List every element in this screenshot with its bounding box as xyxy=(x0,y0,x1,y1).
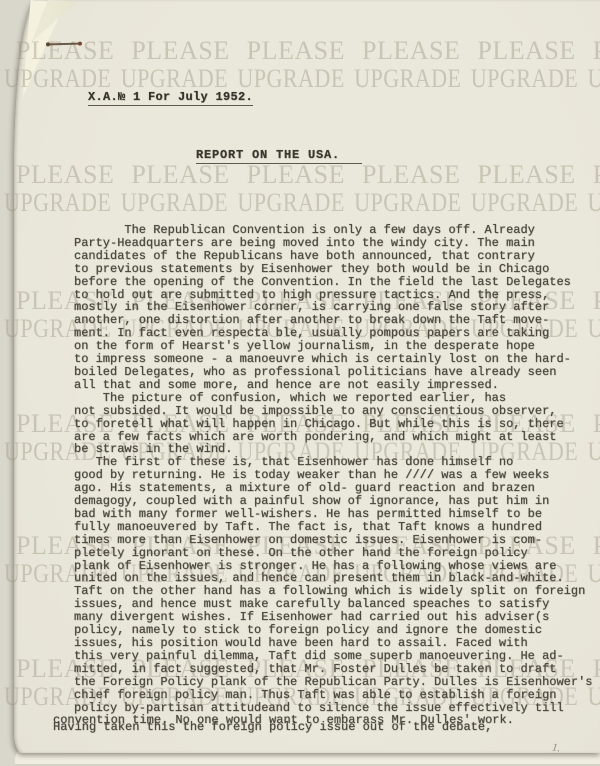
typed-line: times more than Eisenhower on domestic i… xyxy=(74,534,592,547)
typed-line: The Republican Convention is only a few … xyxy=(74,224,592,237)
page-title: REPORT ON THE USA. xyxy=(196,148,362,164)
typed-line: mitted, in fact suggested, that Mr. Fost… xyxy=(74,663,592,676)
typed-line: the Foreign Policy plank of the Republic… xyxy=(74,676,592,689)
staple-mark xyxy=(46,41,82,48)
typed-line: not subsided. It would be impossible to … xyxy=(74,405,592,418)
typed-line: fully manoeuvered by Taft. The fact is, … xyxy=(74,521,592,534)
typed-line: pletely ignorant on these. On the other … xyxy=(74,547,592,560)
typed-line: boiled Delegates, who as professional po… xyxy=(74,366,592,379)
typed-line: before the opening of the Convention. In… xyxy=(74,276,592,289)
typed-line: this very painful dilemma, Taft did some… xyxy=(74,650,592,663)
typed-line: Party-Headquarters are being moved into … xyxy=(74,237,592,250)
typed-line: chief foreign policy man. Thus Taft was … xyxy=(74,689,592,702)
typed-body: The Republican Convention is only a few … xyxy=(74,224,592,734)
scanned-document: PLEASE PLEASE PLEASE PLEASE PLEASE PLEAS… xyxy=(0,0,600,766)
typed-line: demagogy, coupled with a painful show of… xyxy=(74,495,592,508)
typed-line: The picture of confusion, which we repor… xyxy=(74,392,592,405)
page-number: 1. xyxy=(551,741,561,754)
typed-line: all that and some more, and hence are no… xyxy=(74,379,592,392)
typed-line: to foretell what will happen in Chicago.… xyxy=(74,418,592,431)
typed-line: bad with many former well-wishers. He ha… xyxy=(74,508,592,521)
typed-line: to previous statements by Eisenhower the… xyxy=(74,263,592,276)
typed-line: candidates of the Republicans have both … xyxy=(74,250,592,263)
staple-bar xyxy=(49,43,79,46)
staple-dot xyxy=(78,42,82,46)
document-reference: X.A.№ 1 For July 1952. xyxy=(88,90,253,106)
typed-line: issues, his position would have been har… xyxy=(74,637,592,650)
